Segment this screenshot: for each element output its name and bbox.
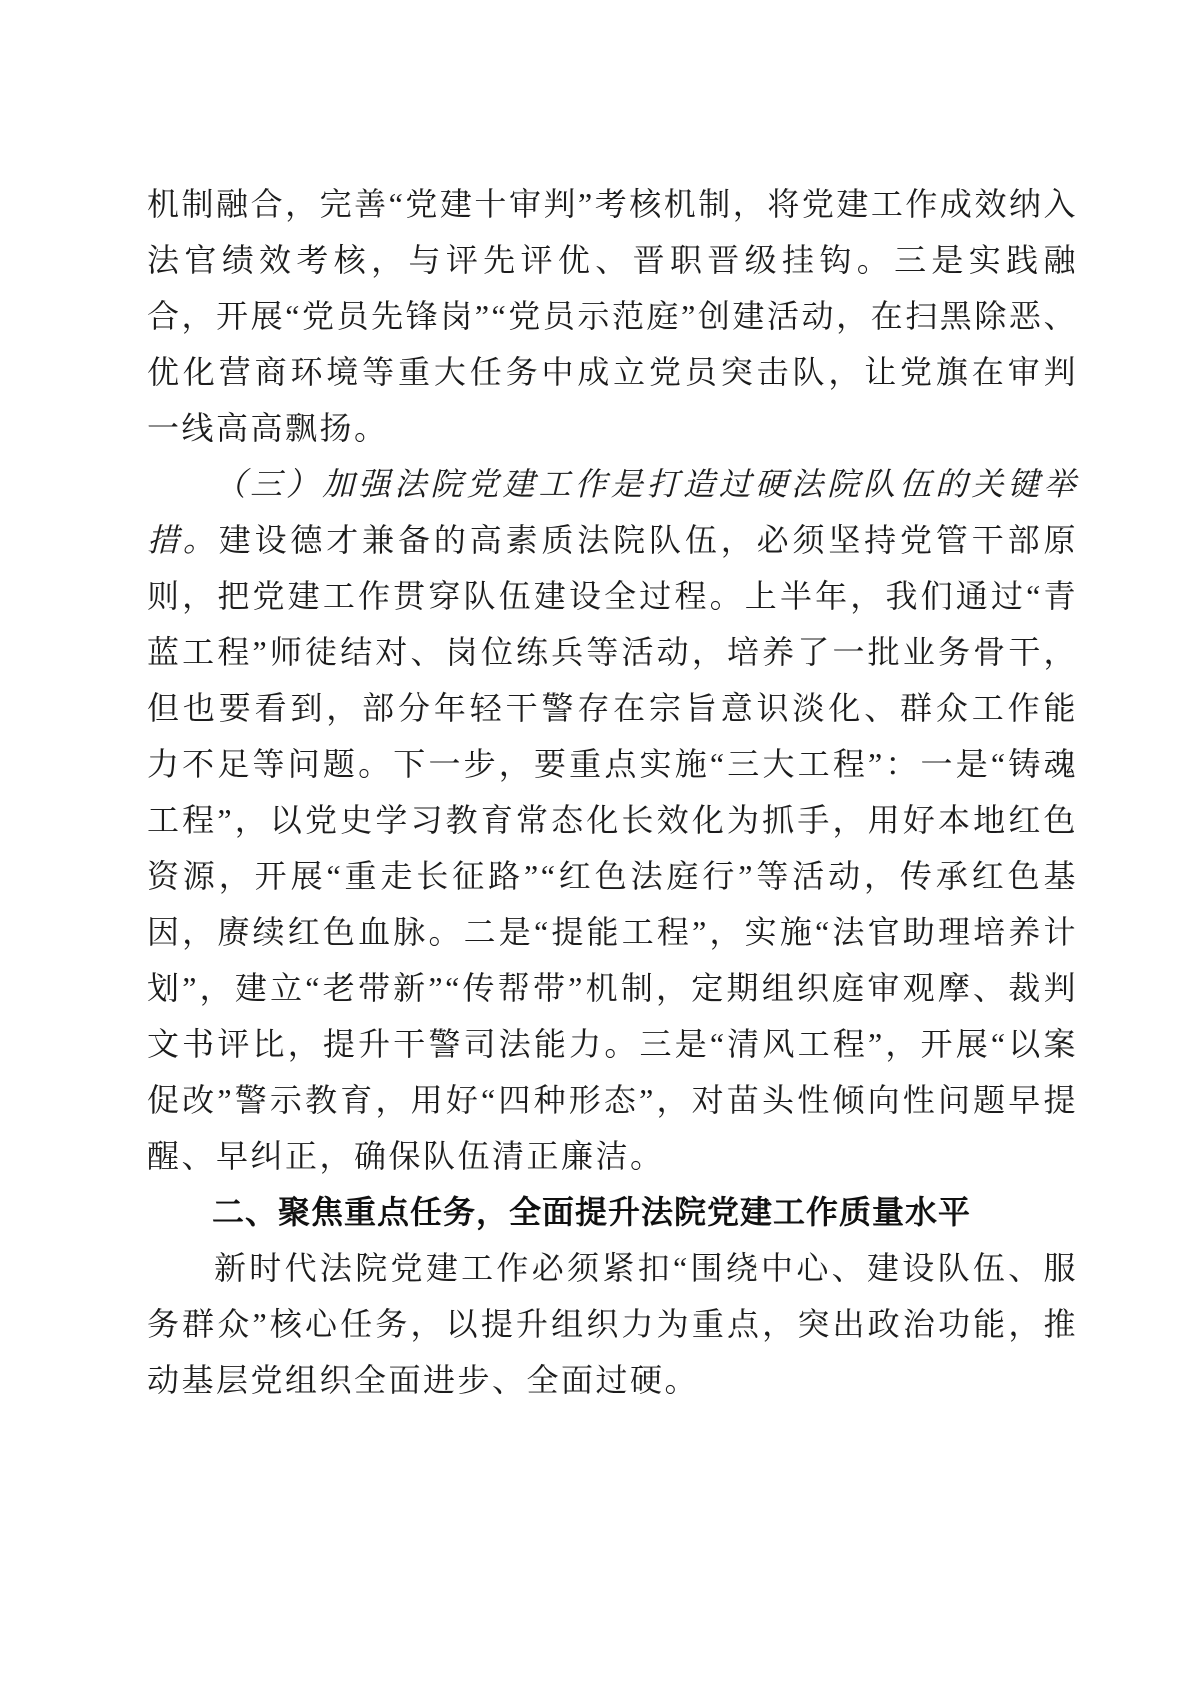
page-text-block: 机制融合，完善“党建十审判”考核机制，将党建工作成效纳入法官绩效考核，与评先评优… — [0, 0, 1190, 1408]
document-page: 机制融合，完善“党建十审判”考核机制，将党建工作成效纳入法官绩效考核，与评先评优… — [0, 0, 1190, 1683]
section-three-body-text: 建设德才兼备的高素质法院队伍，必须坚持党管干部原则，把党建工作贯穿队伍建设全过程… — [147, 522, 1078, 1174]
section-two-heading: 二、聚焦重点任务，全面提升法院党建工作质量水平 — [147, 1184, 1078, 1240]
paragraph-section-three: （三）加强法院党建工作是打造过硬法院队伍的关键举措。建设德才兼备的高素质法院队伍… — [147, 456, 1078, 1184]
paragraph-mechanism-integration: 机制融合，完善“党建十审判”考核机制，将党建工作成效纳入法官绩效考核，与评先评优… — [147, 176, 1078, 456]
paragraph-new-era-tasks: 新时代法院党建工作必须紧扣“围绕中心、建设队伍、服务群众”核心任务，以提升组织力… — [147, 1240, 1078, 1408]
